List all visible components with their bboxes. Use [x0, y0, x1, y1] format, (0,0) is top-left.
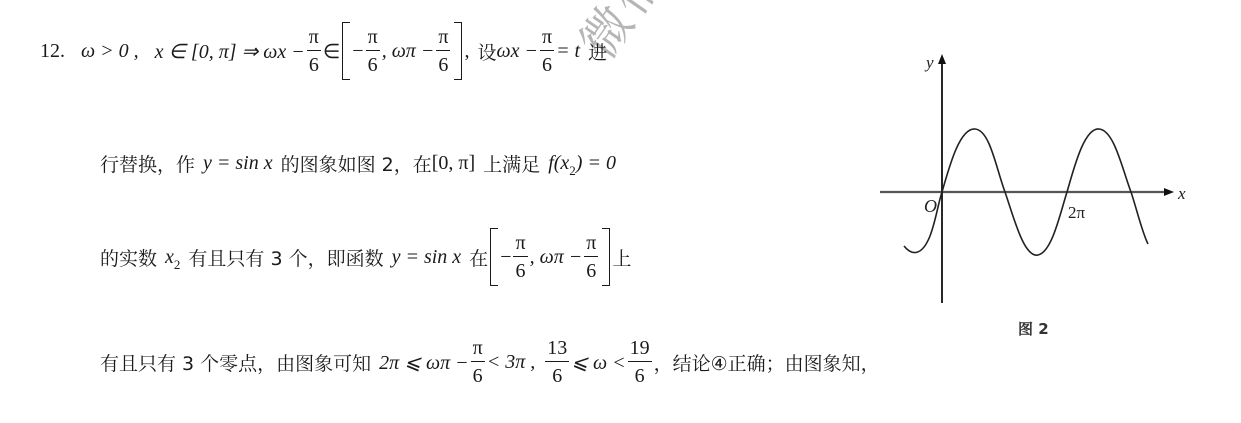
fraction-pi-over-6: π6 — [436, 27, 450, 75]
problem-number: 12. — [40, 40, 65, 63]
fraction-pi-over-6: π6 — [584, 233, 598, 281]
variable-x2: x2 — [165, 246, 180, 269]
fraction-pi-over-6: π6 — [540, 27, 554, 75]
minus-sign: − — [352, 40, 363, 63]
substitution-lhs: ωx − — [496, 40, 538, 63]
problem-line-4: 有且只有 3 个零点，由图象可知 2π ⩽ ωπ − π6 < 3π , 136… — [100, 338, 880, 386]
text-continue: 进 — [588, 38, 607, 65]
origin-label: O — [924, 196, 937, 216]
y-axis-label: y — [924, 53, 934, 72]
x-axis-arrow-icon — [1164, 188, 1174, 196]
function-sin: y = sin x — [203, 152, 273, 175]
left-bracket — [342, 22, 350, 80]
sine-graph: y x O 2π — [860, 40, 1200, 320]
text: 有且只有 3 个零点，由图象可知 — [100, 349, 371, 376]
tick-label-2pi: 2π — [1068, 203, 1086, 222]
condition-omega: ω > 0 , — [81, 40, 139, 63]
text: 行替换，作 — [100, 150, 195, 177]
fraction-pi-over-6: π6 — [307, 27, 321, 75]
text: 上 — [612, 244, 631, 271]
y-axis-arrow-icon — [938, 54, 946, 64]
text: 的图象如图 2，在 — [281, 150, 432, 177]
left-bracket — [490, 228, 498, 286]
right-bracket — [454, 22, 462, 80]
fraction-pi-over-6: π6 — [471, 338, 485, 386]
comma: , — [464, 40, 469, 63]
problem-line-1: 12. ω > 0 , x ∈ [0, π] ⇒ ωx − π6 ∈ − π6 … — [40, 22, 607, 80]
text: 在 — [469, 244, 488, 271]
inequality-2-mid: ⩽ ω < — [571, 350, 625, 375]
x-axis-label: x — [1177, 184, 1186, 203]
problem-line-2: 行替换，作 y = sin x 的图象如图 2，在 [0, π] 上满足 f(x… — [100, 150, 616, 177]
fraction-pi-over-6: π6 — [366, 27, 380, 75]
condition-x-range: x ∈ [0, π] ⇒ ωx − — [155, 39, 305, 64]
fraction-19-over-6: 196 — [628, 338, 652, 386]
right-bracket — [602, 228, 610, 286]
text: 的实数 — [100, 244, 157, 271]
f-of-x2: f(x2) = 0 — [548, 152, 616, 175]
interval-0-pi: [0, π] — [432, 152, 475, 175]
fraction-13-over-6: 136 — [545, 338, 569, 386]
fraction-pi-over-6: π6 — [513, 233, 527, 281]
function-sin: y = sin x — [392, 246, 462, 269]
figure-caption: 图 2 — [1018, 318, 1049, 339]
text-conclusion: ，结论④正确；由图象知， — [654, 349, 880, 376]
interval-mid: , ωπ − — [530, 246, 583, 269]
inequality-1-lhs: 2π ⩽ ωπ − — [379, 350, 468, 375]
element-of-symbol: ∈ — [323, 39, 340, 64]
text: 上满足 — [483, 150, 540, 177]
problem-line-3: 的实数 x2 有且只有 3 个，即函数 y = sin x 在 − π6 , ω… — [100, 228, 631, 286]
interval-mid: , ωπ − — [382, 40, 435, 63]
text-set: 设 — [477, 38, 496, 65]
text: 有且只有 3 个，即函数 — [188, 244, 383, 271]
substitution-rhs: = t — [556, 40, 580, 63]
minus-sign: − — [500, 246, 511, 269]
inequality-1-rhs: < 3π , — [487, 351, 536, 374]
